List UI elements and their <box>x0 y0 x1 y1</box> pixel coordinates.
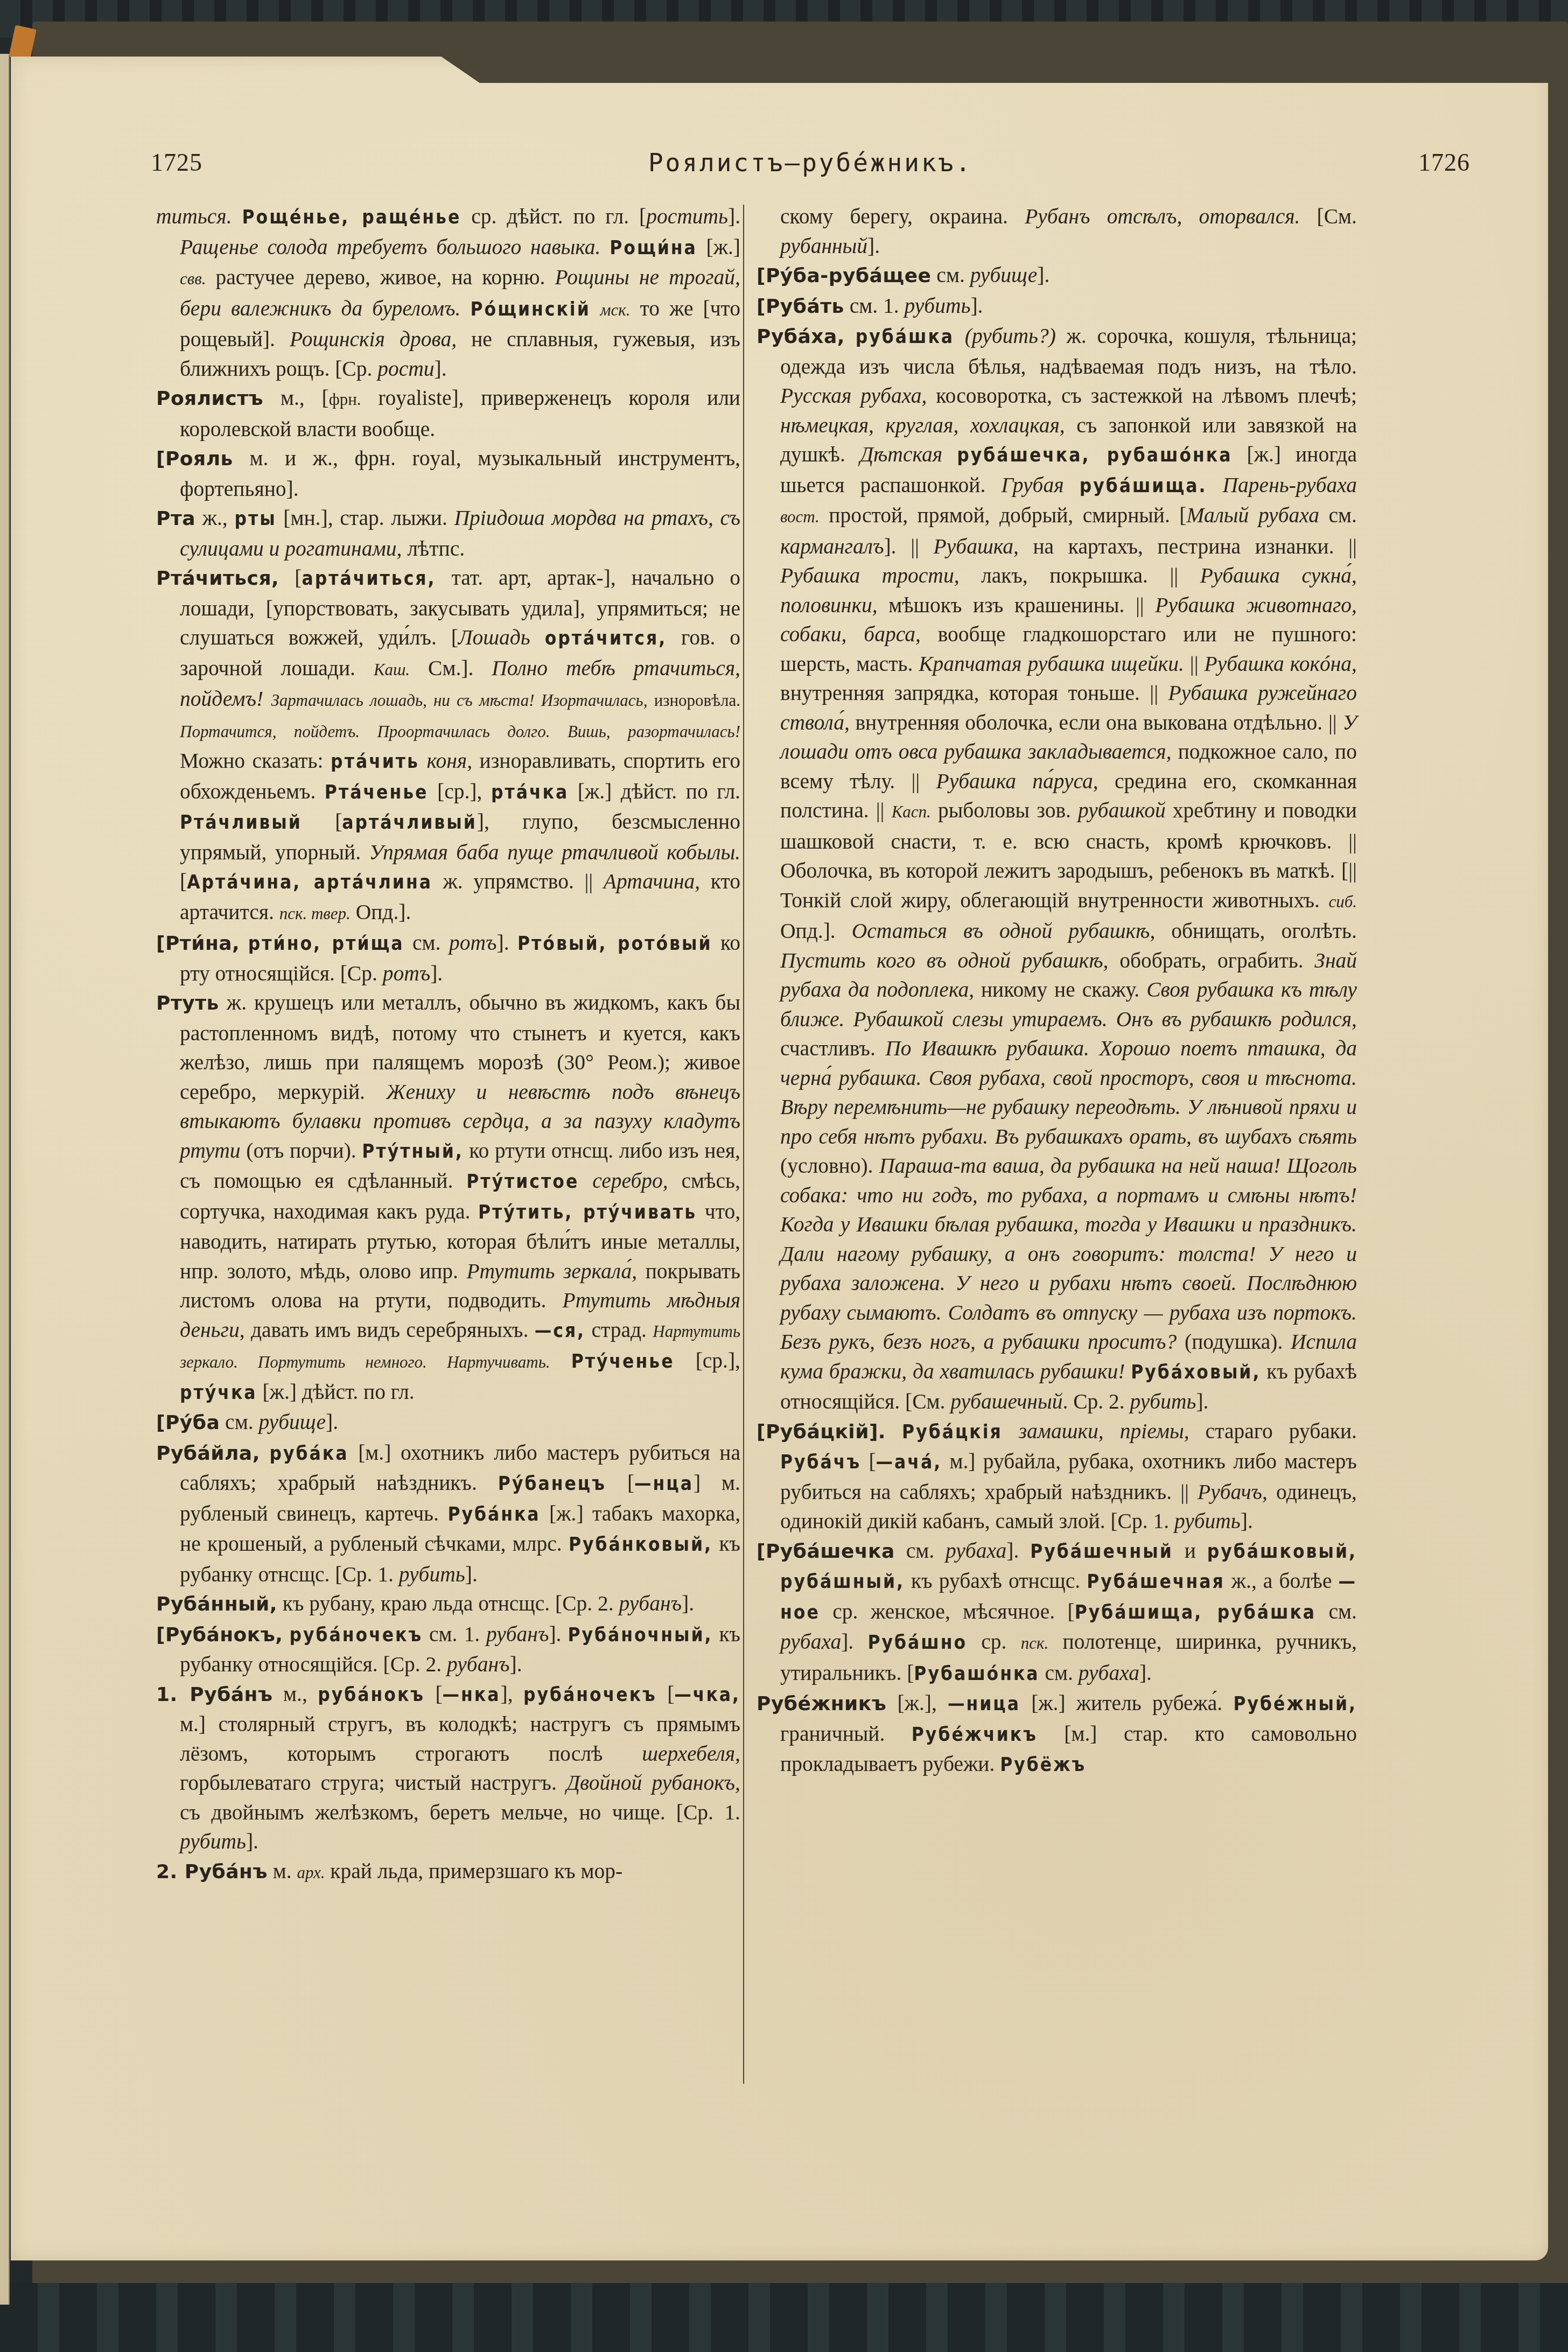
derived-word: Руба́нковый, <box>569 1534 712 1556</box>
definition-text: [ <box>861 1450 876 1473</box>
definition-text: косоворотка, съ застежкой на лѣвомъ плеч… <box>927 384 1357 408</box>
headword: Рта <box>156 508 195 530</box>
example-text: Остаться въ одной рубашкѣ, <box>852 919 1156 943</box>
definition-text: см. <box>1040 1661 1079 1685</box>
headword: Руба́йла, <box>156 1443 260 1465</box>
example-text: рубить <box>905 294 971 318</box>
example-text: пск. <box>1021 1634 1049 1653</box>
headword: Ртуть <box>156 992 219 1014</box>
example-text: Рубашка трости, <box>780 564 960 587</box>
definition-text <box>240 931 248 955</box>
definition-text: [ <box>606 1471 634 1495</box>
derived-word: руба́шка <box>856 326 954 348</box>
headword: [Руба́цкій]. <box>757 1421 886 1443</box>
dictionary-entry: Рта́читься, [арта́читься, тат. арт, арта… <box>156 563 740 928</box>
definition-text: [ср.], <box>675 1349 740 1373</box>
example-text: Малый рубаха <box>1187 503 1320 527</box>
definition-text: граничный. <box>780 1722 912 1746</box>
definition-text: ]. <box>465 1563 478 1586</box>
definition-text: внутренняя запрядка, которая тоньше. || <box>780 681 1168 705</box>
definition-text: См.]. <box>410 656 492 680</box>
definition-text: край льда, примерзшаго къ мор- <box>325 1859 622 1883</box>
definition-text <box>845 324 856 348</box>
example-text: Упрямая баба пуще ртачливой кобылы. <box>369 841 740 864</box>
definition-text: м., [ <box>263 386 329 410</box>
dictionary-entry: [Руба́нокъ, руба́ночекъ см. 1. рубанъ]. … <box>156 1620 740 1679</box>
example-text: Лошадь <box>458 626 530 649</box>
definition-text: съ двойнымъ желѣзкомъ, беретъ мельче, но… <box>180 1801 740 1824</box>
example-text: рубище <box>970 263 1038 287</box>
definition-text: лакъ, покрышка. || <box>960 564 1200 587</box>
derived-word: Ртóвый, ротóвый <box>517 933 712 955</box>
definition-text: ]. <box>841 1630 867 1654</box>
definition-text: на картахъ, пестрина изнанки. || <box>1019 535 1357 558</box>
example-text: арх. <box>297 1863 325 1882</box>
example-text: Артачина, <box>604 870 700 893</box>
definition-text: обобрать, ограбить. <box>1108 949 1314 972</box>
derived-word: —нца <box>634 1473 694 1495</box>
running-head: Роялистъ—рубе́жникъ. <box>648 148 972 177</box>
derived-word: Руба́шечный <box>1030 1541 1173 1563</box>
definition-text <box>1125 1360 1131 1383</box>
definition-text: мѣшокъ изъ крашенины. || <box>878 593 1156 617</box>
definition-text: [ж.] дѣйст. по гл. <box>569 780 740 803</box>
example-text: ротъ <box>383 962 431 985</box>
left-column: титься. Рощéнье, ращéнье ср. дѣйст. по г… <box>156 202 740 1887</box>
definition-text: ср. дѣйст. по гл. [ <box>461 205 646 228</box>
definition-text: лѣтпс. <box>402 537 465 561</box>
example-text: свв. <box>180 269 206 288</box>
derived-word: руба́нокъ <box>318 1684 425 1706</box>
derived-word: Рту́тный, <box>362 1141 463 1163</box>
definition-text <box>954 324 965 348</box>
definition-text: ]. <box>1139 1661 1152 1685</box>
definition-text: горбылеватаго струга; чистый настругъ. <box>180 1771 566 1795</box>
definition-text: Опд.]. <box>351 900 411 924</box>
example-text: (рубить?) <box>965 324 1056 348</box>
example-text: рубашкой <box>1078 799 1166 822</box>
definition-text: см. <box>1316 1600 1357 1623</box>
example-text: рубанъ <box>447 1653 509 1676</box>
headword: Рта́читься, <box>156 568 279 590</box>
definition-text <box>600 235 610 259</box>
derived-word: Рубашóнка <box>914 1663 1039 1685</box>
definition-text: [ <box>279 566 302 590</box>
definition-text <box>1003 1419 1019 1443</box>
definition-text: ]. <box>1241 1509 1253 1533</box>
definition-text: ]. <box>434 357 446 381</box>
example-text: Портачится, пойдетъ. Проортачилась долго… <box>180 722 740 741</box>
example-text: пск. твер. <box>279 904 351 923</box>
page-number-right: 1726 <box>1418 148 1470 177</box>
definition-text: страд. <box>585 1318 653 1342</box>
example-text: ростить <box>646 205 728 228</box>
dictionary-entry: Руба́ха, руба́шка (рубить?) ж. сорочка, … <box>757 321 1357 1417</box>
headword: Руба́ха, <box>757 326 845 348</box>
example-text: Крапчатая рубашка ищейки. <box>919 652 1184 676</box>
definition-text <box>1064 473 1080 497</box>
derived-word: Руба́ховый, <box>1131 1362 1261 1383</box>
dictionary-entry: титься. Рощéнье, ращéнье ср. дѣйст. по г… <box>156 202 740 383</box>
example-text: рубить <box>180 1830 246 1853</box>
definition-text: см. <box>931 263 970 287</box>
headword: 2. Руба́нъ <box>156 1861 268 1883</box>
example-text: вост. <box>780 507 820 526</box>
example-text: Парень-рубаха <box>1223 473 1357 497</box>
headword: Роялистъ <box>156 388 263 410</box>
definition-text: [ж.] <box>697 235 740 259</box>
derived-word: рты <box>234 508 276 530</box>
definition-text: [ <box>657 1682 675 1706</box>
derived-word: —ся, <box>535 1320 585 1342</box>
example-text: шерхебеля, <box>642 1742 740 1766</box>
definition-text: [ср.], <box>428 780 491 803</box>
headword: [Руба́нокъ, <box>156 1624 283 1646</box>
example-text: ротъ <box>449 931 497 955</box>
headword: [Ру́ба <box>156 1412 220 1434</box>
example-text: рости <box>377 357 434 381</box>
example-text: Рубашка па́руса, <box>936 769 1098 793</box>
definition-text: ]. <box>246 1830 258 1853</box>
definition-text: ]. <box>682 1592 694 1615</box>
definition-text: скому берегу, окраина. <box>780 205 1025 228</box>
derived-word: Руба́чъ <box>780 1452 861 1473</box>
derived-word: рта́чка <box>491 782 569 803</box>
definition-text: рыболовы зов. <box>931 799 1078 822</box>
definition-text <box>591 297 600 320</box>
definition-text: ]. || <box>884 535 933 558</box>
derived-word: Рту́тистое <box>466 1171 579 1193</box>
example-text: Касп. <box>892 802 931 821</box>
derived-word: Руба́нка <box>447 1504 540 1525</box>
dictionary-entry: Руба́нный, къ рубану, краю льда отнсщс. … <box>156 1589 740 1620</box>
derived-word: Руба́шища, руба́шка <box>1075 1602 1316 1623</box>
derived-word: рти́но, рти́ща <box>248 933 404 955</box>
dictionary-entry: 1. Руба́нъ м., руба́нокъ [—нка], руба́но… <box>156 1679 740 1857</box>
headword: Руба́нный, <box>156 1593 277 1615</box>
dictionary-entry: [Руба́шечка см. рубаха]. Руба́шечный и р… <box>757 1536 1357 1689</box>
definition-text: давать имъ видъ серебряныхъ. <box>245 1318 535 1342</box>
definition-text: ]. <box>496 931 517 955</box>
definition-text: ]. <box>867 234 880 258</box>
example-text: рубить <box>399 1563 465 1586</box>
example-text: рубить <box>1174 1509 1241 1533</box>
definition-text <box>1207 473 1222 497</box>
example-text: рубаха <box>946 1539 1006 1563</box>
definition-text: || <box>1184 652 1205 676</box>
definition-text <box>530 626 545 649</box>
dictionary-entry: [Рти́на, рти́но, рти́ща см. ротъ]. Ртóвы… <box>156 928 740 988</box>
example-text: рубанъ <box>619 1592 682 1615</box>
derived-word: Рубёжъ <box>1000 1754 1086 1776</box>
dictionary-entry: [Ру́ба-руба́щее см. рубище]. <box>757 261 1357 291</box>
definition-text: (условно). <box>780 1154 879 1178</box>
definition-text: [ж.] дѣйст. по гл. <box>257 1380 415 1404</box>
derived-word: Рта́чливый <box>180 812 302 834</box>
derived-word: Руба́шечная <box>1087 1571 1224 1593</box>
derived-word: Рощéнье, ращéнье <box>242 207 461 228</box>
example-text: Параша-та ваша, да рубашка на ней наша! … <box>780 1154 1357 1354</box>
example-text: Русская рубаха, <box>780 384 927 408</box>
dictionary-entry: Руба́йла, руба́ка [м.] охотникъ либо мас… <box>156 1438 740 1590</box>
definition-text: ж. упрямство. || <box>432 870 604 893</box>
definition-text: м. <box>268 1859 297 1883</box>
definition-text: см. <box>1319 503 1357 527</box>
example-text: сиб. <box>1328 892 1357 911</box>
definition-text: (отъ порчи). <box>241 1139 362 1163</box>
definition-text <box>263 687 271 711</box>
definition-text: изноровѣла. <box>647 691 740 710</box>
headword: [Руба́ть <box>757 296 844 318</box>
derived-word: Рта́ченье <box>325 782 429 803</box>
example-text: Ртутить зеркала́, <box>466 1259 637 1283</box>
definition-text: см. <box>895 1539 946 1563</box>
derived-word: арта́читься, <box>302 568 436 590</box>
definition-text: см. <box>220 1410 258 1434</box>
example-text: замашки, пріемы, <box>1019 1419 1189 1443</box>
example-text: Рубашка, <box>934 535 1019 558</box>
definition-text <box>886 1419 902 1443</box>
example-text: Дѣтская <box>860 443 942 466</box>
definition-text: ж., <box>195 506 234 530</box>
definition-text: [ <box>302 810 342 834</box>
headword: [Рояль <box>156 448 233 470</box>
definition-text: [ <box>180 870 187 893</box>
definition-text: внутренняя оболочка, если она выкована о… <box>850 711 1343 734</box>
definition-text: къ рубахѣ отнсщс. <box>905 1569 1087 1593</box>
derived-word: руба́шища. <box>1080 475 1207 497</box>
definition-text: см. 1. <box>844 294 905 318</box>
definition-text: ]. <box>549 1622 568 1646</box>
definition-text: [См. <box>1300 205 1357 228</box>
definition-text: къ рубану, краю льда отнсщс. [Ср. 2. <box>277 1592 619 1615</box>
dictionary-entry: [Руба́цкій]. Руба́цкія замашки, пріемы, … <box>757 1417 1357 1536</box>
definition-text: ср. женское, мѣсячное. [ <box>820 1600 1075 1623</box>
example-text: кармангалъ <box>780 535 884 558</box>
definition-text: никому не скажу. <box>974 978 1146 1002</box>
definition-text: ]. <box>1037 263 1049 287</box>
definition-text: ]. <box>510 1653 522 1676</box>
definition-text: [ж.], <box>886 1691 948 1715</box>
derived-word: —ача́, <box>876 1452 942 1473</box>
definition-text: см. 1. <box>423 1622 486 1646</box>
example-text: Рубашка кокóна, <box>1205 652 1357 676</box>
dictionary-entry: 2. Руба́нъ м. арх. край льда, примерзшаг… <box>156 1857 740 1888</box>
definition-text: ср. <box>967 1630 1021 1654</box>
definition-text: ]. <box>326 1410 338 1434</box>
definition-text: ]. <box>430 962 443 985</box>
derived-word: Руба́ночный, <box>568 1625 712 1646</box>
definition-text <box>460 297 470 320</box>
dictionary-entry: [Рояль м. и ж., фрн. royal, музыкальный … <box>156 444 740 503</box>
example-text: Рубанъ отсѣлъ, оторвался. <box>1025 205 1300 228</box>
derived-word: Рубе́жчикъ <box>912 1724 1038 1746</box>
derived-word: Рту́ченье <box>571 1351 675 1373</box>
definition-text: счастливъ. <box>780 1037 885 1060</box>
example-text: титься. <box>156 205 232 228</box>
example-text: Рубачъ, <box>1198 1480 1268 1504</box>
facing-page-edge <box>0 54 10 2305</box>
derived-word: рта́чить <box>331 751 419 773</box>
definition-text <box>260 1441 270 1465</box>
definition-text: обнищать, оголѣть. <box>1155 919 1357 943</box>
example-text: Двойной рубанокъ, <box>566 1771 740 1795</box>
definition-text <box>550 1349 571 1373</box>
derived-word: руба́ночекъ <box>523 1684 657 1706</box>
derived-word: —чка, <box>674 1684 740 1706</box>
definition-text: . Ср. 2. <box>1062 1390 1130 1413</box>
definition-text: ]. <box>1006 1539 1030 1563</box>
dictionary-entry: Рта ж., рты [мн.], стар. лыжи. Пріидоша … <box>156 503 740 563</box>
derived-word: Рощи́на <box>610 237 697 259</box>
derived-word: орта́чится, <box>545 628 667 649</box>
derived-word: Рубе́жный, <box>1233 1693 1357 1715</box>
example-text: рубаха <box>1079 1661 1139 1685</box>
derived-word: Рту́тить, рту́чивать <box>478 1202 697 1223</box>
dictionary-entry: Ртуть ж. крушецъ или металлъ, обычно въ … <box>156 988 740 1408</box>
definition-text: ж., а болѣе <box>1225 1569 1339 1593</box>
definition-text: м., <box>273 1682 318 1706</box>
headword: Рубе́жникъ <box>757 1693 886 1715</box>
example-text: рубашечный <box>950 1390 1062 1413</box>
example-text: серебро, <box>592 1169 668 1193</box>
dictionary-entry: Роялистъ м., [фрн. royaliste], привержен… <box>156 383 740 444</box>
page-number-left: 1725 <box>151 148 202 177</box>
right-column: скому берегу, окраина. Рубанъ отсѣлъ, от… <box>757 202 1357 1780</box>
derived-word: руба́ка <box>270 1443 349 1465</box>
example-text: Каш. <box>374 660 410 679</box>
definition-text: ]. <box>728 205 740 228</box>
definition-text: простой, прямой, добрый, смирный. [ <box>820 503 1187 527</box>
derived-word: Руба́цкія <box>902 1422 1003 1443</box>
example-text: Грубая <box>1001 473 1063 497</box>
background-bottom <box>0 2283 1568 2352</box>
headword: [Руба́шечка <box>757 1541 895 1563</box>
column-divider <box>743 205 744 2084</box>
definition-text: [мн.], стар. лыжи. <box>277 506 454 530</box>
derived-word: Арта́чина, арта́члина <box>187 872 432 893</box>
derived-word: Ру́банецъ <box>498 1473 606 1495</box>
derived-word: руба́ночекъ <box>289 1625 423 1646</box>
definition-text <box>419 749 427 773</box>
example-text: мск. <box>600 300 631 319</box>
example-text: коня, <box>426 749 472 773</box>
definition-text: ], <box>500 1682 523 1706</box>
dictionary-entry: скому берегу, окраина. Рубанъ отсѣлъ, от… <box>757 202 1357 261</box>
definition-text: см. <box>404 931 449 955</box>
derived-word: арта́чливый <box>342 812 477 834</box>
definition-text: ]. <box>1196 1390 1208 1413</box>
definition-text: [ж.] житель рубежа́. <box>1020 1691 1233 1715</box>
derived-word: —нка <box>443 1684 501 1706</box>
example-text: Зартачилась лошадь, ни съ мѣста! Изортач… <box>271 691 647 710</box>
definition-text: Опд.]. <box>780 919 852 943</box>
definition-text: фрн. <box>329 390 361 409</box>
dictionary-entry: Рубе́жникъ [ж.], —ница [ж.] житель рубеж… <box>757 1689 1357 1780</box>
derived-word: Руба́шно <box>867 1632 967 1654</box>
example-text: Пустить кого въ одной рубашкѣ, <box>780 949 1108 972</box>
dictionary-entry: [Ру́ба см. рубище]. <box>156 1408 740 1438</box>
definition-text: стараго рубаки. <box>1189 1419 1357 1443</box>
headword: 1. Руба́нъ <box>156 1684 273 1706</box>
definition-text: [ <box>425 1682 443 1706</box>
definition-text: (подушка). <box>1177 1330 1291 1354</box>
example-text: рубанный <box>780 234 867 258</box>
definition-text: растучее дерево, живое, на корню. <box>206 265 555 289</box>
definition-text: м. и ж., фрн. royal, музыкальный инструм… <box>180 446 740 501</box>
dictionary-entry: [Руба́ть см. 1. рубить]. <box>757 291 1357 322</box>
derived-word: —ница <box>948 1693 1020 1715</box>
example-text: рубить <box>1130 1390 1196 1413</box>
example-text: рубаха <box>780 1630 841 1654</box>
derived-word: Рóщинскій <box>470 299 590 320</box>
definition-text: ]. <box>970 294 983 318</box>
definition-text <box>942 443 957 466</box>
example-text: рубанъ <box>486 1622 549 1646</box>
example-text: нѣмецкая, круглая, хохлацкая, <box>780 414 1065 437</box>
example-text: рубище <box>258 1410 326 1434</box>
definition-text: Можно сказать: <box>180 749 331 773</box>
page-header: 1725 Роялистъ—рубе́жникъ. 1726 <box>151 148 1470 191</box>
definition-text: и <box>1173 1539 1207 1563</box>
definition-text <box>232 205 242 228</box>
derived-word: руба́шечка, рубашóнка <box>957 445 1232 466</box>
definition-text <box>579 1169 592 1193</box>
derived-word: рту́чка <box>180 1382 257 1404</box>
example-text: Ращенье солода требуетъ большого навыка. <box>180 235 600 259</box>
definition-text <box>283 1622 290 1646</box>
example-text: Рощинскія дрова, <box>290 327 457 351</box>
headword: [Ру́ба-руба́щее <box>757 265 931 287</box>
headword: [Рти́на, <box>156 933 240 955</box>
